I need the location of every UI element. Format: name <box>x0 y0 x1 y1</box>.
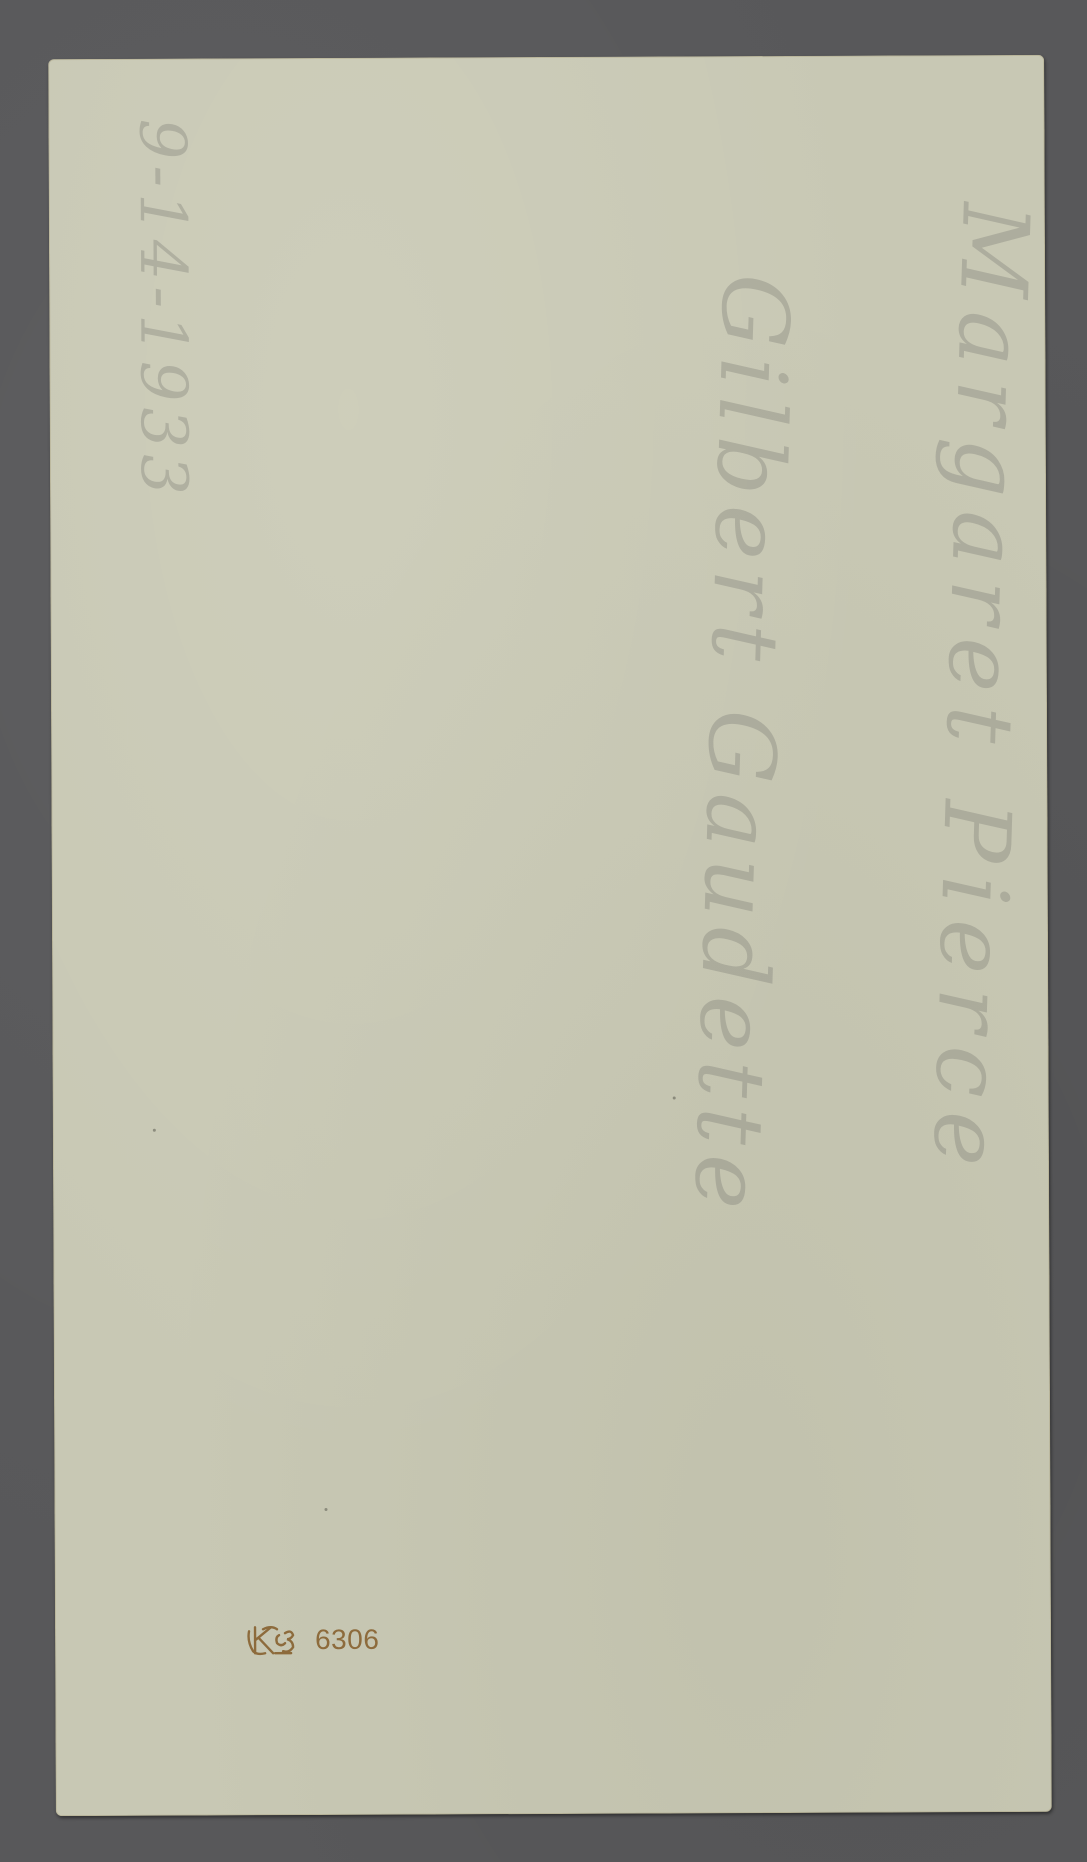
paper-speck <box>153 1129 156 1132</box>
ornate-monogram-logo-icon <box>245 1623 309 1657</box>
paper-speck <box>673 1096 676 1099</box>
pencil-name-inscription-right: Margaret Pierce <box>912 202 1049 1182</box>
card-back: 9-14-1933 Gilbert Gaudette Margaret Pier… <box>48 55 1052 1816</box>
maker-mark: 6306 <box>245 1623 379 1658</box>
pencil-name-inscription-middle: Gilbert Gaudette <box>673 273 809 1221</box>
maker-number: 6306 <box>315 1624 379 1656</box>
paper-speck <box>324 1508 327 1511</box>
pencil-date-inscription: 9-14-1933 <box>124 119 200 502</box>
